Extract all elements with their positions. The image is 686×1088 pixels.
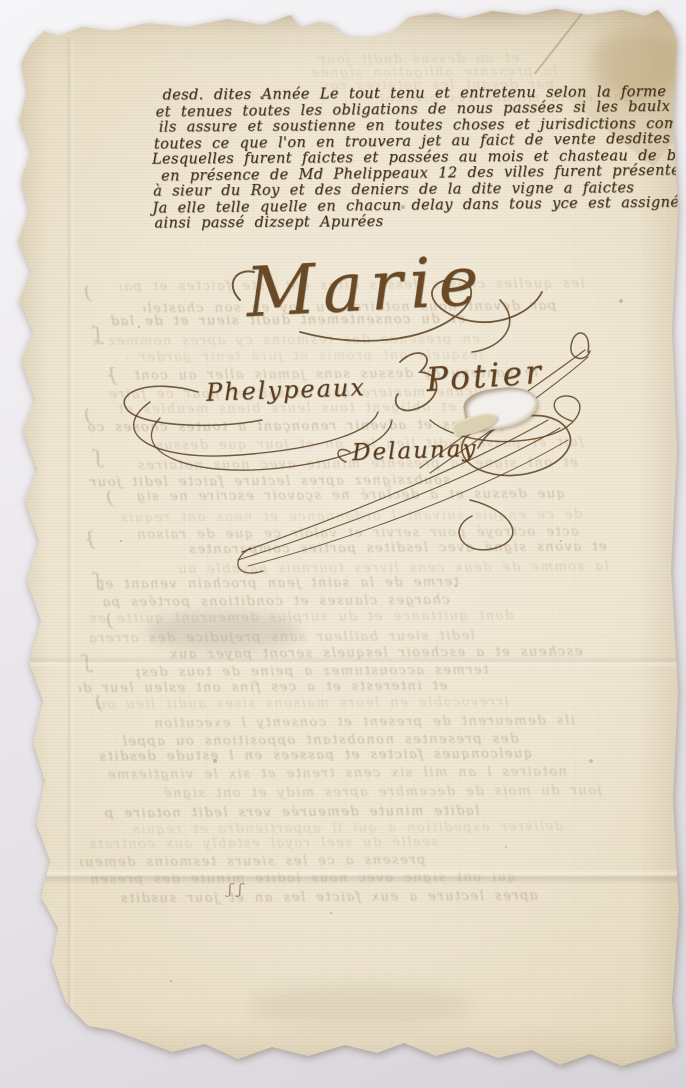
bleedthrough-line: ledit sieur bailleur sans prejudice des … xyxy=(90,628,475,647)
bleedthrough-line: presens a ce les sieurs tesmoins demeura… xyxy=(80,853,425,871)
bleedthrough-line: escheus et a escheoir lesquels seront pa… xyxy=(84,644,583,663)
bleedthrough-line: ils demeurent de present et consenty l e… xyxy=(83,713,575,732)
bleedthrough-margin-hook: } xyxy=(106,364,118,386)
bleedthrough-margin-hook: ʃ xyxy=(95,446,100,468)
bleedthrough-line: presens et advenir renonçant a toutes ch… xyxy=(88,417,504,436)
bleedthrough-line: apres lecture a eux faicte les an et jou… xyxy=(120,888,538,907)
bleedthrough-line: que dessus et a declaré ne sçavoir escri… xyxy=(135,486,565,505)
bleedthrough-margin-hook: ) xyxy=(106,610,113,632)
manuscript-paper: les quelles choses dessus dites ont este… xyxy=(0,0,686,1088)
stray-ink-mark: ʃʃ xyxy=(228,880,248,898)
bleedthrough-line: terme de la saint jean prochain venant e… xyxy=(94,575,459,594)
signature-phelypeaux: Phelypeaux xyxy=(206,373,367,407)
bleedthrough-line: jour du mois de decembre apres midy et o… xyxy=(101,783,602,802)
bleedthrough-line: qui ont signé avec nous ladite minute de… xyxy=(91,869,516,888)
bleedthrough-line: dont quittance et du surplus demeurant q… xyxy=(90,609,513,628)
signature-delaunay: Delaunay xyxy=(352,436,478,466)
scanned-manuscript-page: les quelles choses dessus dites ont este… xyxy=(0,0,686,1088)
bleedthrough-margin-hook: ) xyxy=(95,692,102,714)
manuscript-text-block: desd. dites Année Le tout tenu et entret… xyxy=(152,84,625,231)
bleedthrough-margin-hook: ) xyxy=(84,405,91,427)
bleedthrough-line: fait et passé audit lieu les an et jour … xyxy=(86,436,584,455)
manuscript-line: ainsi passé dizsept Apurées xyxy=(154,212,624,231)
bleedthrough-margin-hook: ) xyxy=(106,487,113,509)
bleedthrough-margin-hook: ) xyxy=(84,282,91,304)
bleedthrough-line: irrevocable en leurs maisons sises audit… xyxy=(84,695,509,714)
bleedthrough-line: notaires l an mil six cens trente et six… xyxy=(105,764,567,783)
bleedthrough-line: quelconques faictes et passees en l estu… xyxy=(95,746,532,765)
faint-stain-bottom xyxy=(250,986,470,1026)
bleedthrough-margin-hook: ʃ xyxy=(95,323,100,345)
bleedthrough-line: et ont signé la presente minute avec nou… xyxy=(99,455,578,474)
bleedthrough-margin-hook: } xyxy=(84,528,96,550)
signature-marie: Marie xyxy=(244,242,487,333)
vertical-crease-left xyxy=(66,38,75,1044)
bleedthrough-line: seellé du seel royal estably aux contrat… xyxy=(90,835,438,853)
bleedthrough-margin-hook: ʃ xyxy=(95,569,100,591)
foxing-specks xyxy=(0,0,2,2)
bleedthrough-line: et avons signé avec lesdites parties com… xyxy=(139,540,607,559)
bleedthrough-margin-hook: ʃ xyxy=(84,651,89,673)
deckle-edge-top xyxy=(0,0,686,48)
paper-shadow-wrap: les quelles choses dessus dites ont este… xyxy=(0,0,686,1088)
